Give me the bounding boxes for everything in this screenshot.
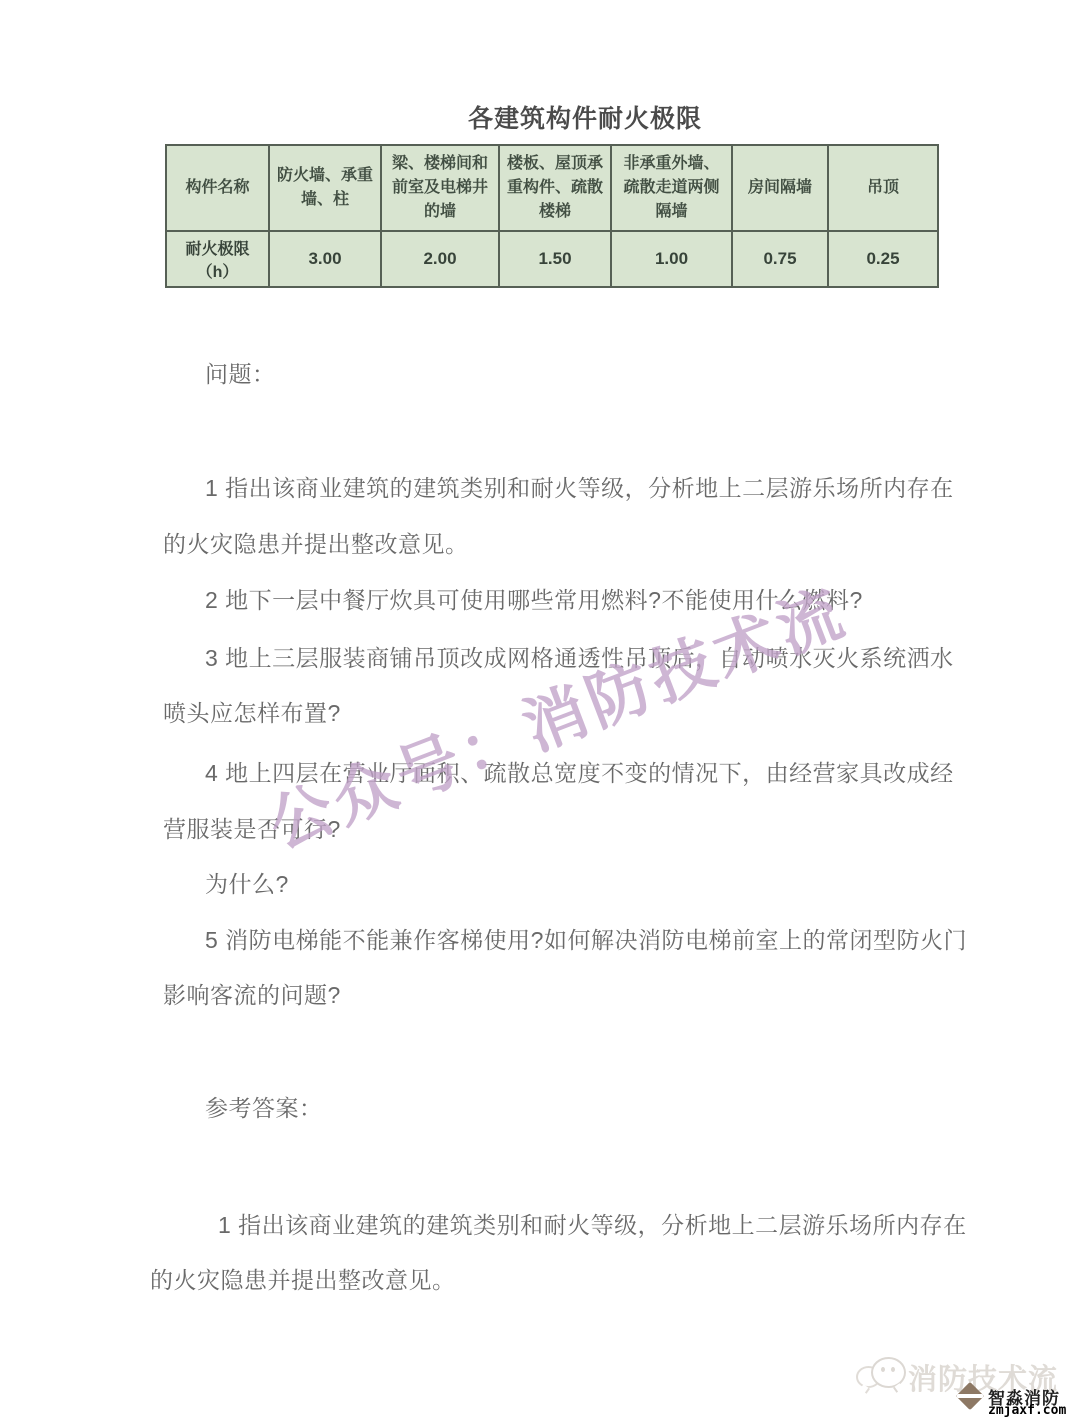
question-line: 3 地上三层服装商铺吊顶改成网格通透性吊顶后，自动喷水灭火系统洒水 <box>205 640 954 673</box>
fire-resistance-table: 构件名称 防火墙、承重墙、柱 梁、楼梯间和前室及电梯井的墙 楼板、屋顶承重构件、… <box>165 144 939 288</box>
question-line: 为什么? <box>205 866 289 899</box>
table-value-cell: 1.00 <box>611 231 732 287</box>
question-line: 的火灾隐患并提出整改意见。 <box>163 526 469 559</box>
table-value-cell: 2.00 <box>381 231 499 287</box>
table-header-cell: 房间隔墙 <box>732 145 828 231</box>
questions-label: 问题： <box>205 356 276 389</box>
table-header-row: 构件名称 防火墙、承重墙、柱 梁、楼梯间和前室及电梯井的墙 楼板、屋顶承重构件、… <box>166 145 938 231</box>
question-line: 影响客流的问题? <box>163 977 341 1010</box>
table-value-row: 耐火极限（h） 3.00 2.00 1.50 1.00 0.75 0.25 <box>166 231 938 287</box>
answer-line: 1 指出该商业建筑的建筑类别和耐火等级，分析地上二层游乐场所内存在 <box>218 1207 967 1240</box>
table-row-label: 耐火极限（h） <box>166 231 269 287</box>
page-title: 各建筑构件耐火极限 <box>468 99 702 135</box>
table-header-cell: 梁、楼梯间和前室及电梯井的墙 <box>381 145 499 231</box>
table-header-cell: 非承重外墙、疏散走道两侧隔墙 <box>611 145 732 231</box>
document-page: 各建筑构件耐火极限 构件名称 防火墙、承重墙、柱 梁、楼梯间和前室及电梯井的墙 … <box>0 0 1080 1425</box>
question-line: 1 指出该商业建筑的建筑类别和耐火等级，分析地上二层游乐场所内存在 <box>205 470 954 503</box>
table-header-cell: 防火墙、承重墙、柱 <box>269 145 381 231</box>
table-value-cell: 0.25 <box>828 231 938 287</box>
table-header-cell: 构件名称 <box>166 145 269 231</box>
table-value-cell: 3.00 <box>269 231 381 287</box>
footer-brand-url: zmjaxf.com <box>988 1403 1066 1418</box>
table-header-cell: 吊顶 <box>828 145 938 231</box>
table-header-cell: 楼板、屋顶承重构件、疏散楼梯 <box>499 145 611 231</box>
question-line: 营服装是否可行? <box>163 811 341 844</box>
table-value-cell: 1.50 <box>499 231 611 287</box>
question-line: 喷头应怎样布置? <box>163 695 341 728</box>
table-value-cell: 0.75 <box>732 231 828 287</box>
answers-label: 参考答案： <box>205 1090 323 1123</box>
diamond-logo-icon <box>955 1381 985 1411</box>
wechat-icon <box>856 1352 908 1396</box>
question-line: 2 地下一层中餐厅炊具可使用哪些常用燃料?不能使用什么燃料? <box>205 582 863 615</box>
answer-line: 的火灾隐患并提出整改意见。 <box>150 1262 456 1295</box>
question-line: 5 消防电梯能不能兼作客梯使用?如何解决消防电梯前室上的常闭型防火门 <box>205 922 967 955</box>
question-line: 4 地上四层在营业厅面积、疏散总宽度不变的情况下，由经营家具改成经 <box>205 755 954 788</box>
wechat-bubble-large <box>871 1357 906 1388</box>
